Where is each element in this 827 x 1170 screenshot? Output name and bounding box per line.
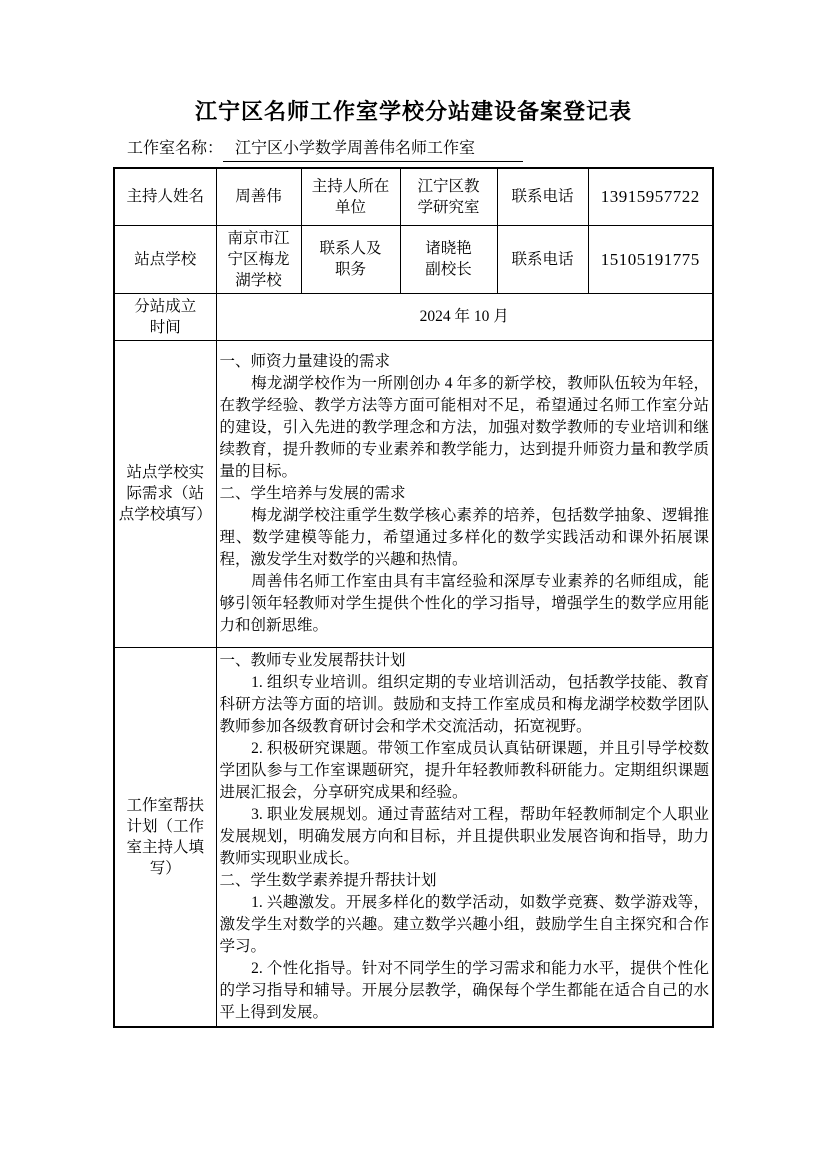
support-plan-content-cell: 一、教师专业发展帮扶计划 1. 组织专业培训。组织定期的专业培训活动，包括教学技…	[216, 647, 713, 1027]
paragraph: 一、师资力量建设的需求	[220, 351, 710, 373]
branch-date-cell: 2024 年 10 月	[216, 293, 713, 340]
paragraph: 二、学生培养与发展的需求	[220, 483, 710, 505]
studio-name-label: 工作室名称：	[127, 140, 223, 157]
registration-form-table: 主持人姓名 周善伟 主持人所在 单位 江宁区教 学研究室 联系电话 139159…	[113, 167, 714, 1028]
studio-name-line: 工作室名称：江宁区小学数学周善伟名师工作室	[127, 138, 827, 162]
document-page: 江宁区名师工作室学校分站建设备案登记表 工作室名称：江宁区小学数学周善伟名师工作…	[0, 0, 827, 1170]
table-row: 工作室帮扶 计划（工作 室主持人填 写） 一、教师专业发展帮扶计划 1. 组织专…	[114, 647, 713, 1027]
host-name-cell: 周善伟	[216, 168, 301, 225]
paragraph: 2. 积极研究课题。带领工作室成员认真钻研课题，并且引导学校数学团队参与工作室课…	[220, 738, 710, 804]
paragraph: 1. 组织专业培训。组织定期的专业培训活动，包括教学技能、教育科研方法等方面的培…	[220, 672, 710, 738]
table-row: 站点学校 南京市江 宁区梅龙 湖学校 联系人及 职务 诸晓艳 副校长 联系电话 …	[114, 225, 713, 293]
contact-cell: 诸晓艳 副校长	[400, 225, 497, 293]
host-unit-label-cell: 主持人所在 单位	[301, 168, 400, 225]
host-phone-number-cell: 13915957722	[588, 168, 713, 225]
support-plan-label-cell: 工作室帮扶 计划（工作 室主持人填 写）	[114, 647, 216, 1027]
host-phone-label-cell: 联系电话	[497, 168, 588, 225]
studio-name-value: 江宁区小学数学周善伟名师工作室	[223, 138, 523, 162]
paragraph: 1. 兴趣激发。开展多样化的数学活动，如数学竞赛、数学游戏等，激发学生对数学的兴…	[220, 892, 710, 958]
host-unit-cell: 江宁区教 学研究室	[400, 168, 497, 225]
paragraph: 周善伟名师工作室由具有丰富经验和深厚专业素养的名师组成，能够引领年轻教师对学生提…	[220, 571, 710, 637]
paragraph: 二、学生数学素养提升帮扶计划	[220, 870, 710, 892]
paragraph: 梅龙湖学校注重学生数学核心素养的培养，包括数学抽象、逻辑推理、数学建模等能力，希…	[220, 505, 710, 571]
contact-label-cell: 联系人及 职务	[301, 225, 400, 293]
site-school-cell: 南京市江 宁区梅龙 湖学校	[216, 225, 301, 293]
paragraph: 一、教师专业发展帮扶计划	[220, 650, 710, 672]
paragraph: 3. 职业发展规划。通过青蓝结对工程，帮助年轻教师制定个人职业发展规划，明确发展…	[220, 804, 710, 870]
school-phone-label-cell: 联系电话	[497, 225, 588, 293]
school-needs-content-cell: 一、师资力量建设的需求 梅龙湖学校作为一所刚创办 4 年多的新学校，教师队伍较为…	[216, 340, 713, 647]
table-row: 主持人姓名 周善伟 主持人所在 单位 江宁区教 学研究室 联系电话 139159…	[114, 168, 713, 225]
table-row: 分站成立 时间 2024 年 10 月	[114, 293, 713, 340]
school-needs-label-cell: 站点学校实 际需求（站 点学校填写）	[114, 340, 216, 647]
site-school-label-cell: 站点学校	[114, 225, 216, 293]
host-name-label-cell: 主持人姓名	[114, 168, 216, 225]
paragraph: 2. 个性化指导。针对不同学生的学习需求和能力水平，提供个性化的学习指导和辅导。…	[220, 958, 710, 1024]
school-phone-number-cell: 15105191775	[588, 225, 713, 293]
document-title: 江宁区名师工作室学校分站建设备案登记表	[0, 0, 827, 128]
paragraph: 梅龙湖学校作为一所刚创办 4 年多的新学校，教师队伍较为年轻，在教学经验、教学方…	[220, 373, 710, 483]
table-row: 站点学校实 际需求（站 点学校填写） 一、师资力量建设的需求 梅龙湖学校作为一所…	[114, 340, 713, 647]
branch-date-label-cell: 分站成立 时间	[114, 293, 216, 340]
